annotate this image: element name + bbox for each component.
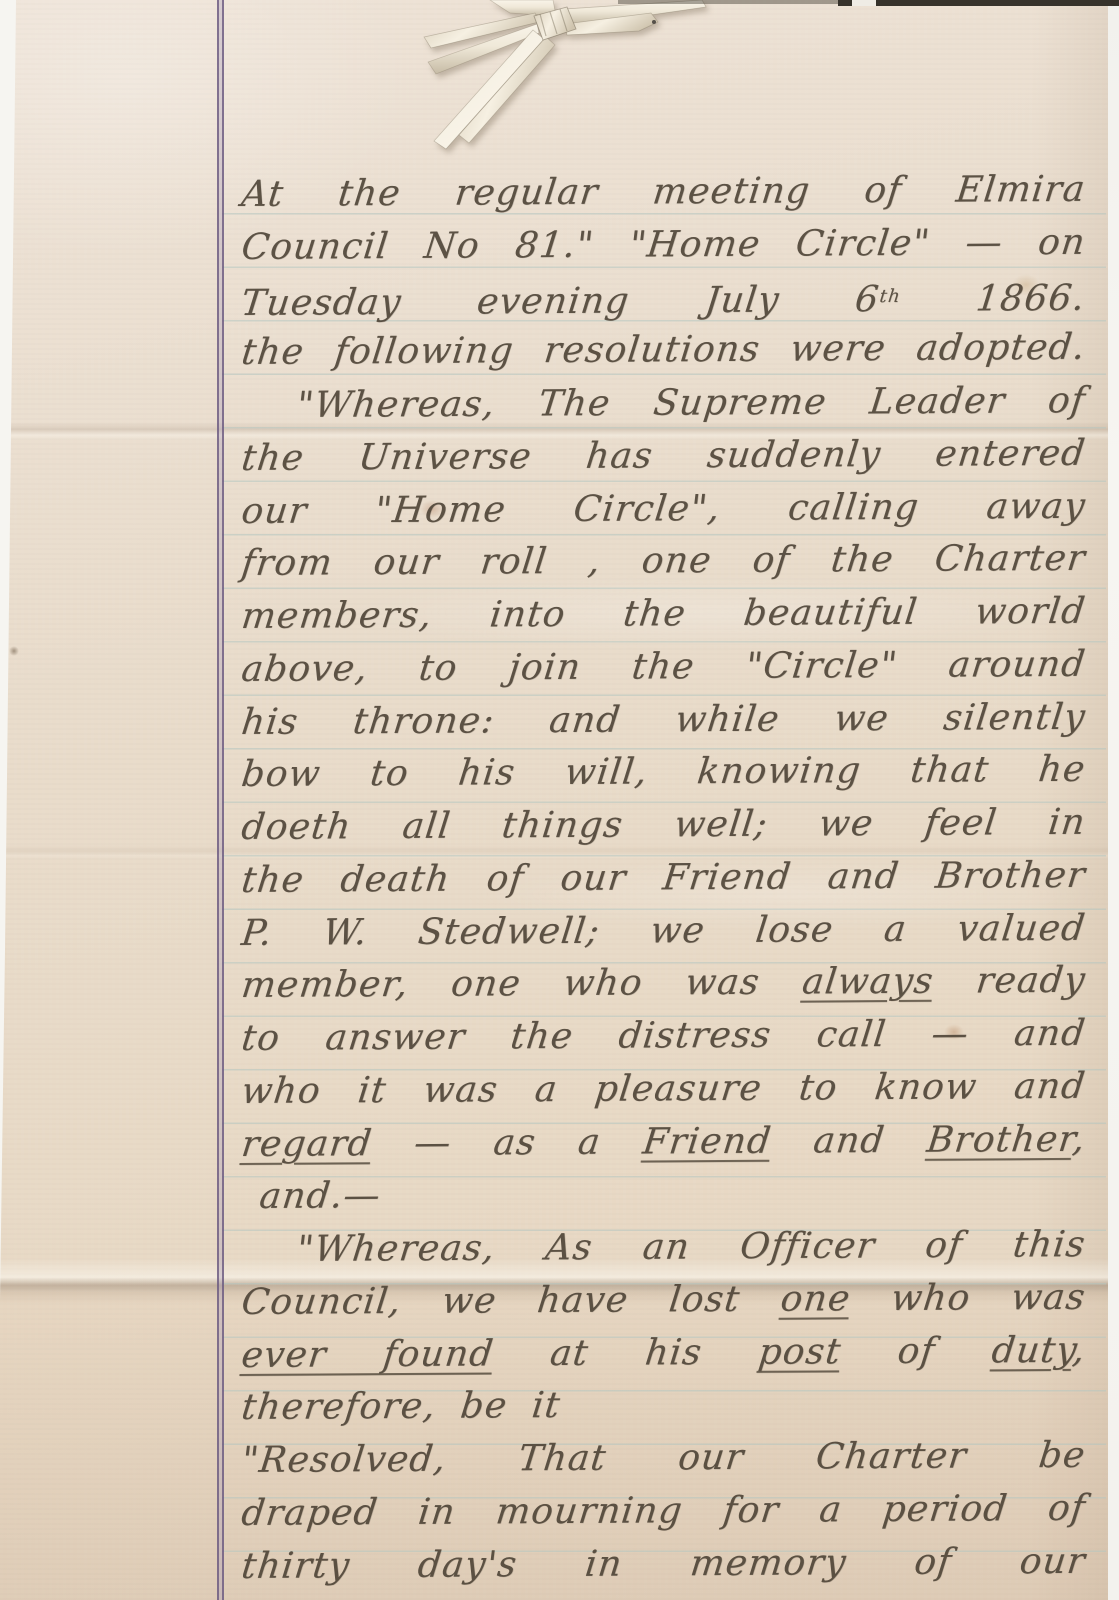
handwritten-segment: from our roll , one of the Charter (239, 538, 1088, 584)
handwritten-line-5: "Whereas, The Supreme Leader of (293, 376, 1089, 437)
handwritten-segment: "Resolved, That our Charter be (239, 1435, 1088, 1481)
stain (9, 646, 19, 656)
handwritten-line-13: doeth all things well; we feel in (238, 798, 1089, 859)
handwritten-line-21: "Whereas, As an Officer of this (293, 1220, 1089, 1281)
scan-top-edge-faint (618, 0, 838, 4)
handwritten-segment: and (769, 1119, 929, 1161)
handwritten-segment: Council No 81." "Home Circle" — on (239, 222, 1088, 268)
handwritten-segment-underlined: regard (239, 1123, 374, 1165)
handwritten-segment: who it was a pleasure to know and (239, 1066, 1088, 1112)
handwritten-line-4: the following resolutions were adopted. (238, 323, 1089, 384)
scan-top-edge-gap (852, 0, 876, 6)
handwritten-line-6: the Universe has suddenly entered (238, 429, 1089, 490)
handwritten-line-27: thirty day's in memory of our (238, 1536, 1089, 1597)
handwritten-segment-underlined: ever found (239, 1333, 496, 1376)
handwritten-segment: ready (931, 960, 1088, 1002)
handwritten-line-2: Council No 81." "Home Circle" — on (238, 218, 1089, 279)
ribbon-bow-icon (415, 0, 715, 160)
handwritten-line-1: At the regular meeting of Elmira (238, 165, 1089, 226)
handwritten-line-10: above, to join the "Circle" around (238, 640, 1089, 701)
handwritten-segment: of (839, 1330, 994, 1372)
handwritten-segment: bow to his will, knowing that he (239, 749, 1088, 795)
handwritten-segment: At the regular meeting of Elmira (239, 169, 1088, 215)
handwritten-line-20: and.— (256, 1167, 1089, 1228)
handwritten-line-24: therefore, be it (238, 1378, 1089, 1439)
scan-edge-right (1108, 0, 1119, 1600)
handwritten-line-23: ever found at his post of duty, (238, 1325, 1089, 1386)
handwritten-line-3: Tuesday evening July 6th 1866. (238, 270, 1089, 331)
handwritten-segment: the following resolutions were adopted. (239, 327, 1088, 373)
handwritten-segment: and.— (257, 1175, 383, 1217)
handwritten-segment: above, to join the "Circle" around (239, 644, 1088, 690)
handwritten-line-18: who it was a pleasure to know and (238, 1062, 1089, 1123)
handwritten-line-25: "Resolved, That our Charter be (238, 1431, 1089, 1492)
margin-rule-line (217, 0, 224, 1600)
handwritten-line-22: Council, we have lost one who was (238, 1273, 1089, 1334)
handwritten-line-17: to answer the distress call — and (238, 1009, 1089, 1070)
handwritten-segment: draped in mourning for a period of (239, 1488, 1088, 1534)
handwritten-segment: P. W. Stedwell; we lose a valued (239, 907, 1088, 953)
handwritten-line-8: from our roll , one of the Charter (238, 534, 1089, 595)
handwritten-segment-underlined: Brother (925, 1118, 1076, 1160)
handwritten-line-14: the death of our Friend and Brother (238, 851, 1089, 912)
handwritten-line-15: P. W. Stedwell; we lose a valued (238, 903, 1089, 964)
handwritten-segment: at his (491, 1331, 761, 1374)
handwritten-segment-underlined: always (800, 961, 936, 1003)
handwritten-segment-underlined: post (756, 1331, 843, 1373)
handwritten-line-26: draped in mourning for a period of (238, 1484, 1089, 1545)
handwritten-segment: to answer the distress call — and (239, 1013, 1088, 1059)
handwritten-line-7: our "Home Circle", calling away (238, 481, 1089, 542)
handwritten-segment: members, into the beautiful world (239, 591, 1088, 637)
handwritten-segment: member, one who was (239, 962, 805, 1006)
handwritten-segment-underlined: one (778, 1278, 853, 1319)
handwritten-segment: the death of our Friend and Brother (239, 855, 1088, 901)
handwritten-line-11: his throne: and while we silently (238, 692, 1089, 753)
handwritten-segment-underlined: Friend (641, 1120, 774, 1162)
handwritten-segment-underlined: duty (990, 1329, 1076, 1371)
handwritten-segment: "Whereas, As an Officer of this (294, 1224, 1088, 1270)
handwritten-line-9: members, into the beautiful world (238, 587, 1089, 648)
handwritten-line-16: member, one who was always ready (238, 956, 1089, 1017)
scan-top-edge (838, 0, 1119, 6)
handwritten-segment: "Whereas, The Supreme Leader of (294, 380, 1088, 426)
handwritten-segment: his throne: and while we silently (239, 696, 1088, 742)
handwritten-segment: Tuesday evening July 6 (239, 279, 882, 324)
handwritten-segment: — as a (370, 1121, 646, 1164)
handwritten-segment: our "Home Circle", calling away (239, 485, 1088, 531)
handwritten-segment: doeth all things well; we feel in (239, 802, 1088, 848)
handwritten-segment: the Universe has suddenly entered (239, 433, 1088, 479)
handwritten-segment: therefore, be it (239, 1385, 563, 1428)
handwritten-line-19: regard — as a Friend and Brother, (238, 1114, 1089, 1175)
handwritten-text: At the regular meeting of ElmiraCouncil … (238, 0, 1082, 1600)
handwritten-segment: who was (848, 1277, 1088, 1319)
handwritten-segment: thirty day's in memory of our (239, 1540, 1088, 1586)
handwritten-segment: Council, we have lost (239, 1278, 783, 1322)
handwritten-line-12: bow to his will, knowing that he (238, 745, 1089, 806)
scanned-document: At the regular meeting of ElmiraCouncil … (0, 0, 1119, 1600)
handwritten-segment: 1866. (898, 277, 1088, 319)
handwritten-segment: th (878, 285, 902, 306)
